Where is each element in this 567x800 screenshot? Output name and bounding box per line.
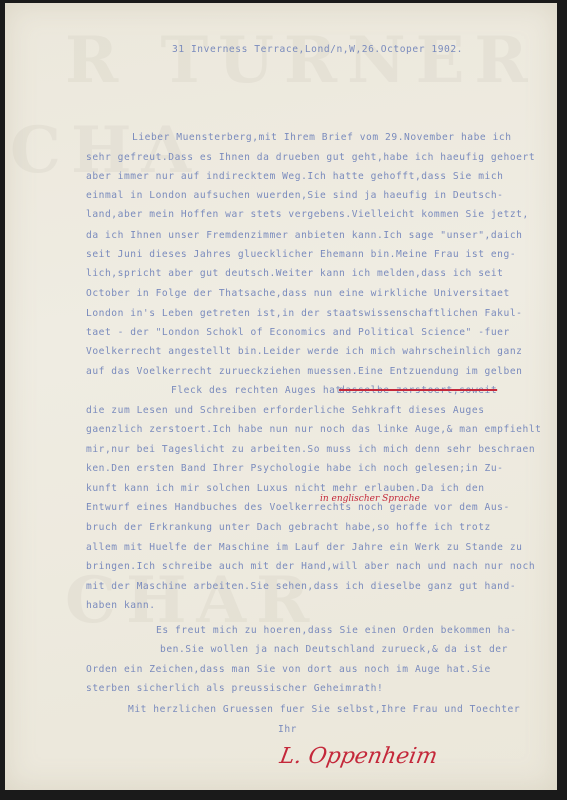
struck-text: dasselbe zerstoert,soweit — [339, 379, 497, 403]
letter-line: Ihr — [278, 718, 297, 742]
letter-heading: 31 Inverness Terrace,Lond/n,W,26.Octoper… — [172, 38, 463, 62]
signature: L. Oppenheim — [278, 744, 439, 769]
letter-line: Mit herzlichen Gruessen fuer Sie selbst,… — [128, 698, 520, 722]
handwritten-insertion: in englischer Sprache — [320, 494, 420, 504]
letter-line: haben kann. — [86, 594, 156, 618]
